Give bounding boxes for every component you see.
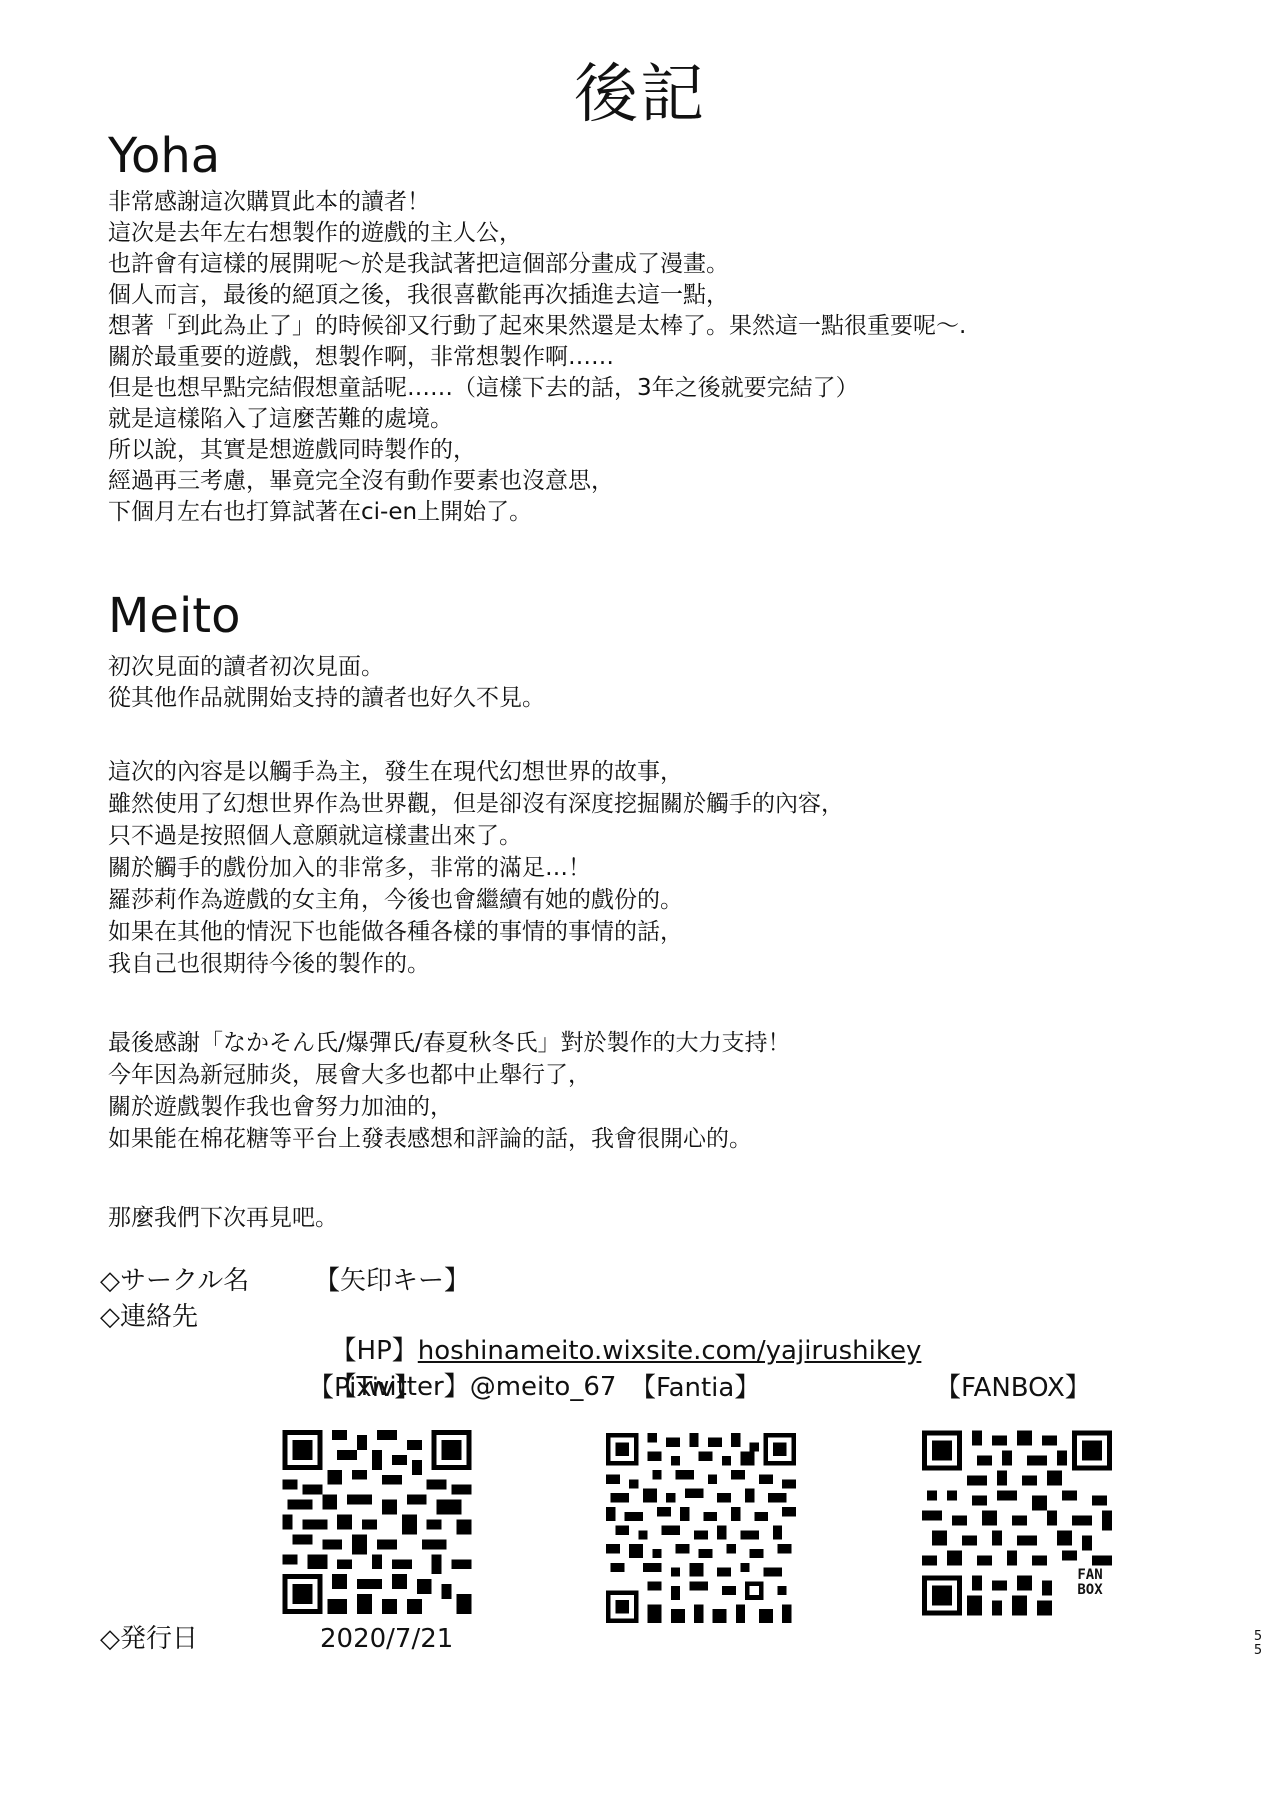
text-line: 今年因為新冠肺炎，展會大多也都中止舉行了，	[108, 1060, 591, 1091]
author-meito: Meito	[108, 588, 240, 644]
contact-label: ◇連絡先	[100, 1300, 198, 1334]
text-line: 但是也想早點完結假想童話呢……（這樣下去的話，3年之後就要完結了）	[108, 373, 859, 404]
qr-label-fanbox: 【FANBOX】	[935, 1372, 1091, 1404]
text-line: 非常感謝這次購買此本的讀者！	[108, 187, 430, 218]
fanbox-badge-line1: FAN	[1068, 1568, 1112, 1583]
text-line: 就是這樣陷入了這麼苦難的處境。	[108, 404, 453, 435]
text-line: 只不過是按照個人意願就這樣畫出來了。	[108, 821, 522, 852]
date-value: 2020/7/21	[320, 1622, 453, 1656]
text-line: 關於最重要的遊戲，想製作啊，非常想製作啊……	[108, 342, 614, 373]
qr-pixiv[interactable]	[282, 1430, 472, 1614]
date-label: ◇発行日	[100, 1622, 198, 1656]
fanbox-badge-line2: BOX	[1068, 1583, 1112, 1598]
text-line: 我自己也很期待今後的製作的。	[108, 949, 430, 980]
text-line: 所以說，其實是想遊戲同時製作的，	[108, 435, 476, 466]
text-line: 如果能在棉花糖等平台上發表感想和評論的話，我會很開心的。	[108, 1124, 752, 1155]
qr-fanbox[interactable]: FAN BOX	[922, 1430, 1112, 1616]
page-title: 後記	[0, 55, 1280, 135]
text-line: 下個月左右也打算試著在ci-en上開始了。	[108, 497, 532, 528]
text-line: 雖然使用了幻想世界作為世界觀，但是卻沒有深度挖掘關於觸手的內容，	[108, 789, 844, 820]
page-number-digit: 5	[1252, 1644, 1264, 1658]
text-line: 關於遊戲製作我也會努力加油的，	[108, 1092, 453, 1123]
qr-label-fantia: 【Fantia】	[630, 1372, 760, 1404]
text-line: 初次見面的讀者初次見面。	[108, 652, 384, 683]
text-line: 最後感謝「なかそん氏/爆彈氏/春夏秋冬氏」對於製作的大力支持！	[108, 1028, 791, 1059]
text-line: 個人而言，最後的絕頂之後，我很喜歡能再次插進去這一點，	[108, 280, 729, 311]
text-line: 想著「到此為止了」的時候卻又行動了起來果然還是太棒了。果然這一點很重要呢～.	[108, 311, 966, 342]
text-line: 從其他作品就開始支持的讀者也好久不見。	[108, 683, 545, 714]
text-line: 如果在其他的情況下也能做各種各樣的事情的事情的話，	[108, 917, 683, 948]
twitter-handle: @meito_67	[470, 1372, 617, 1402]
text-line: 這次是去年左右想製作的遊戲的主人公，	[108, 218, 522, 249]
text-line: 關於觸手的戲份加入的非常多，非常的滿足…！	[108, 853, 591, 884]
fanbox-badge: FAN BOX	[1068, 1568, 1112, 1598]
author-yoha: Yoha	[108, 128, 220, 184]
qr-fantia[interactable]	[606, 1433, 796, 1623]
text-line: 也許會有這樣的展開呢～於是我試著把這個部分畫成了漫畫。	[108, 249, 729, 280]
circle-name: 【矢印キー】	[314, 1264, 470, 1298]
circle-label: ◇サークル名	[100, 1264, 249, 1298]
text-line: 那麼我們下次再見吧。	[108, 1203, 338, 1234]
text-line: 經過再三考慮，畢竟完全沒有動作要素也沒意思，	[108, 466, 614, 497]
qr-label-pixiv: 【Pixiv】	[308, 1372, 420, 1404]
page-number: 5 5	[1252, 1630, 1264, 1658]
qr-code-icon	[606, 1433, 796, 1623]
page-number-digit: 5	[1252, 1630, 1264, 1644]
qr-code-icon	[282, 1430, 472, 1614]
text-line: 這次的內容是以觸手為主，發生在現代幻想世界的故事，	[108, 757, 683, 788]
text-line: 羅莎莉作為遊戲的女主角，今後也會繼續有她的戲份的。	[108, 885, 683, 916]
